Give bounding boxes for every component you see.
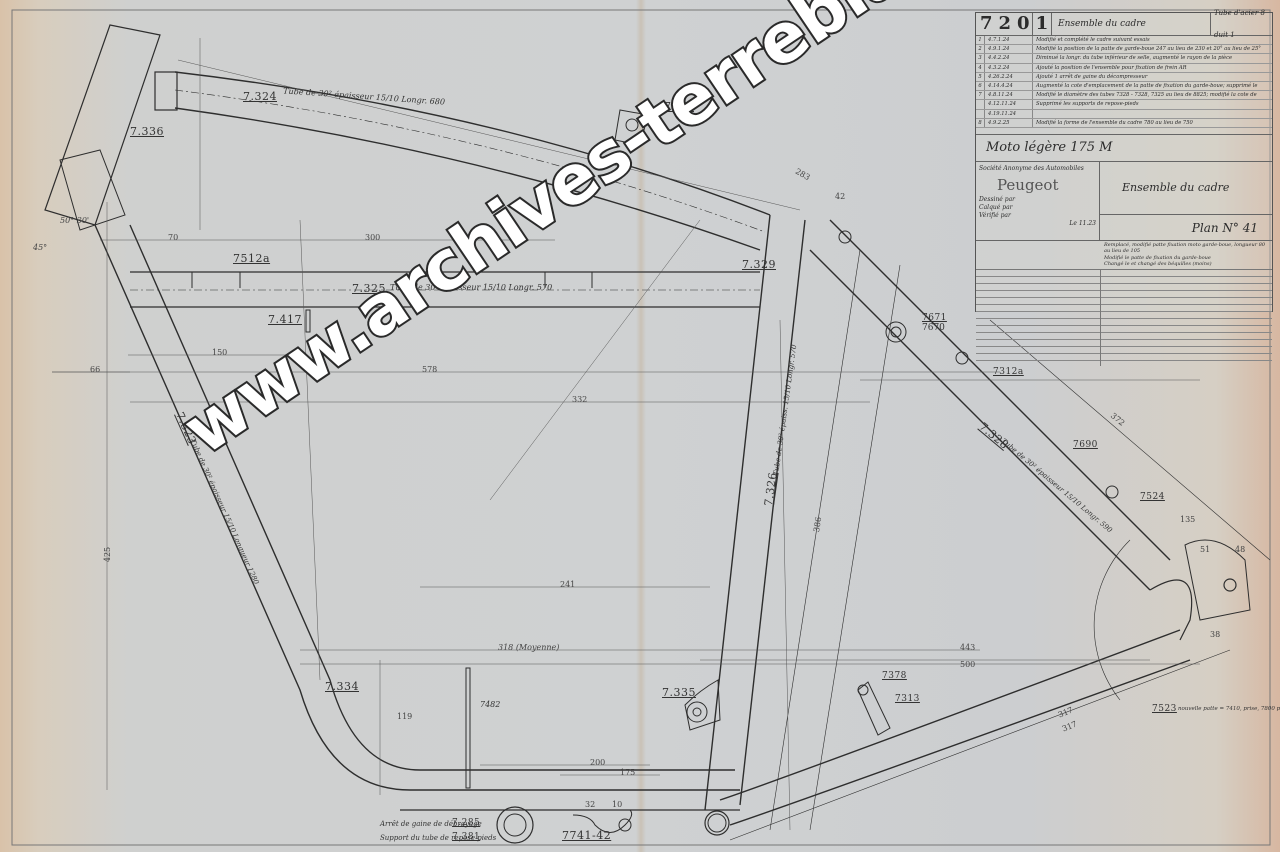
signature-date: Le 11.23 <box>979 220 1096 228</box>
revision-row: 64.14.4.24Augmenté la cote d'emplacement… <box>976 82 1272 91</box>
signature-traced: Calqué par <box>979 204 1096 212</box>
revision-row: 14.7.1.24Modifié et complété le cadre su… <box>976 36 1272 45</box>
part-7313-label: 7313 <box>895 694 920 704</box>
part-7336-label: 7.336 <box>130 125 164 138</box>
revision-table: 14.7.1.24Modifié et complété le cadre su… <box>976 36 1272 128</box>
part-7482-label: 7482 <box>480 700 500 709</box>
signature-checked: Vérifié par <box>979 212 1096 220</box>
revision-row: 4.19.11.24 <box>976 110 1272 119</box>
dim-300: 300 <box>365 233 380 242</box>
revision-row: 24.9.1.24Modifié la position de la patte… <box>976 45 1272 54</box>
part-7335-label: 7.335 <box>662 686 696 699</box>
note-line: Remplacé, modifié patte fixation moto ga… <box>1104 242 1268 255</box>
name-cell: Ensemble du cadre Plan N° 41 <box>1100 162 1272 240</box>
revision-row: 84.9.2.25Modifié la forme de l'ensemble … <box>976 119 1272 128</box>
drawing-number: 7201 <box>976 13 1033 35</box>
title-block: 7201 1 Ensemble du cadre Tube d'acier 8 … <box>975 12 1273 312</box>
part-7524-label: 7524 <box>1140 492 1165 502</box>
dim-150: 150 <box>212 348 227 357</box>
drawing-description: Ensemble du cadre <box>1052 13 1211 35</box>
assembly-name: Ensemble du cadre <box>1100 162 1272 215</box>
dim-425: 425 <box>103 547 112 562</box>
part-7670-label: 7670 <box>922 323 945 333</box>
dim-443: 443 <box>960 643 975 652</box>
dim-42: 42 <box>835 192 845 201</box>
plan-number: Plan N° 41 <box>1100 215 1272 241</box>
part-7523-description: nouvelle patte = 7410, prise, 7800 prot. <box>1178 706 1280 712</box>
title-main: Société Anonyme des Automobiles Peugeot … <box>976 162 1272 241</box>
part-7381-label: 7.381 <box>452 832 480 842</box>
note-line: Changé le et changé des béquilles (moins… <box>1104 261 1268 268</box>
dim-32: 32 <box>585 800 595 809</box>
revision-row: 74.8.11.24Modifié le diamètre des tubes … <box>976 91 1272 100</box>
dim-318: 318 (Moyenne) <box>498 643 559 652</box>
dim-51: 51 <box>1200 545 1210 554</box>
revision-row: 44.3.2.24Ajouté la position de l'ensembl… <box>976 64 1272 73</box>
dim-70: 70 <box>168 233 178 242</box>
signature-drawn: Dessiné par <box>979 196 1096 204</box>
blueprint-sheet: 7.324 Tube de 30² épaisseur 15/10 Longr.… <box>0 0 1280 852</box>
revision-row: 34.4.2.24Diminué la longr. du tube infér… <box>976 54 1272 63</box>
revision-row: 54.26.2.24Ajouté 1 arrêt de gaine du déc… <box>976 73 1272 82</box>
dim-66: 66 <box>90 365 100 374</box>
notes: Remplacé, modifié patte fixation moto ga… <box>976 241 1272 270</box>
dim-48: 48 <box>1235 545 1245 554</box>
part-7312a-label: 7312a <box>993 367 1024 377</box>
drawing-index: 1 <box>1033 13 1052 35</box>
revision-row: 4.12.11.24Supprimé les supports de repos… <box>976 100 1272 109</box>
brand-name: Peugeot <box>997 176 1096 194</box>
part-7378-label: 7378 <box>882 671 907 681</box>
part-7741-label: 7741-42 <box>562 829 611 842</box>
company-cell: Société Anonyme des Automobiles Peugeot … <box>976 162 1100 240</box>
dim-119: 119 <box>397 712 412 721</box>
dim-578: 578 <box>422 365 437 374</box>
part-7512a-label-1: 7512a <box>233 252 270 265</box>
part-7329-label: 7.329 <box>742 258 776 271</box>
part-7285-label: 7.285 <box>452 818 480 828</box>
dim-angle-45: 45° <box>33 243 47 252</box>
part-7334-label: 7.334 <box>325 680 359 693</box>
dim-38: 38 <box>1210 630 1220 639</box>
dim-500: 500 <box>960 660 975 669</box>
title-header: 7201 1 Ensemble du cadre Tube d'acier 8 … <box>976 13 1272 36</box>
dim-175: 175 <box>620 768 635 777</box>
part-7690-label: 7690 <box>1073 440 1098 450</box>
ruled-empty-rows <box>976 270 1272 366</box>
part-7671-label: 7671 <box>922 313 947 323</box>
dim-241: 241 <box>560 580 575 589</box>
dim-135: 135 <box>1180 515 1195 524</box>
dim-angle-50-30: 50° 30' <box>60 216 89 225</box>
dim-332: 332 <box>572 395 587 404</box>
dim-10: 10 <box>612 800 622 809</box>
company-name: Société Anonyme des Automobiles <box>979 165 1096 172</box>
model-name: Moto légère 175 M <box>976 134 1272 162</box>
dim-200: 200 <box>590 758 605 767</box>
part-7324-label: 7.324 <box>243 90 277 103</box>
part-7523-label: 7523 <box>1152 704 1177 714</box>
